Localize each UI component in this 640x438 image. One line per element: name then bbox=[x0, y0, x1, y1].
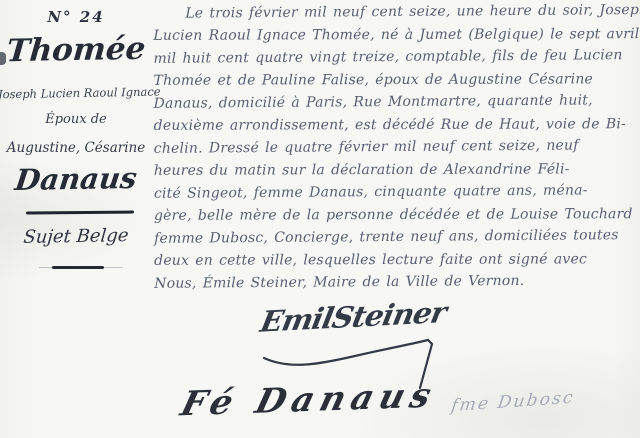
body-line: Danaus, domicilié à Paris, Rue Montmartr… bbox=[154, 92, 638, 112]
body-line: mil huit cent quatre vingt treize, compt… bbox=[153, 47, 637, 67]
spouse-prefix: Époux de bbox=[0, 112, 152, 127]
margin-divider-rule bbox=[26, 211, 134, 215]
body-line: Le trois février mil neuf cent seize, un… bbox=[153, 2, 640, 22]
body-line: Lucien Raoul Ignace Thomée, né à Jumet (… bbox=[153, 26, 637, 44]
body-line: femme Dubosc, Concierge, trente neuf ans… bbox=[154, 227, 638, 247]
deceased-given-names: Joseph Lucien Raoul Ignace bbox=[0, 85, 154, 102]
body-line: cité Singeot, femme Danaus, cinquante qu… bbox=[154, 182, 638, 202]
act-number: N° 24 bbox=[0, 8, 152, 26]
body-line: Nous, Émile Steiner, Maire de la Ville d… bbox=[154, 272, 638, 292]
body-line: deuxième arrondissement, est décédé Rue … bbox=[154, 116, 638, 134]
body-line: Thomée et de Pauline Falise, époux de Au… bbox=[153, 71, 637, 89]
spouse-given-names: Augustine, Césarine bbox=[0, 140, 152, 156]
death-certificate-scan: N° 24 Thomée Joseph Lucien Raoul Ignace … bbox=[0, 0, 640, 438]
ink-blot-artifact bbox=[0, 52, 6, 65]
spouse-surname: Danaus bbox=[0, 161, 154, 198]
nationality-underline bbox=[52, 266, 104, 269]
body-line: chelin. Dressé le quatre février mil neu… bbox=[154, 137, 638, 157]
body-line: heures du matin sur la déclaration de Al… bbox=[154, 161, 638, 179]
body-line: deux en cette ville, lesquelles lecture … bbox=[154, 251, 638, 269]
margin-annotations: N° 24 Thomée Joseph Lucien Raoul Ignace … bbox=[0, 0, 152, 438]
body-line: gère, belle mère de la personne décédée … bbox=[154, 206, 638, 224]
nationality-note: Sujet Belge bbox=[0, 225, 153, 249]
deceased-surname: Thomée bbox=[0, 31, 154, 70]
